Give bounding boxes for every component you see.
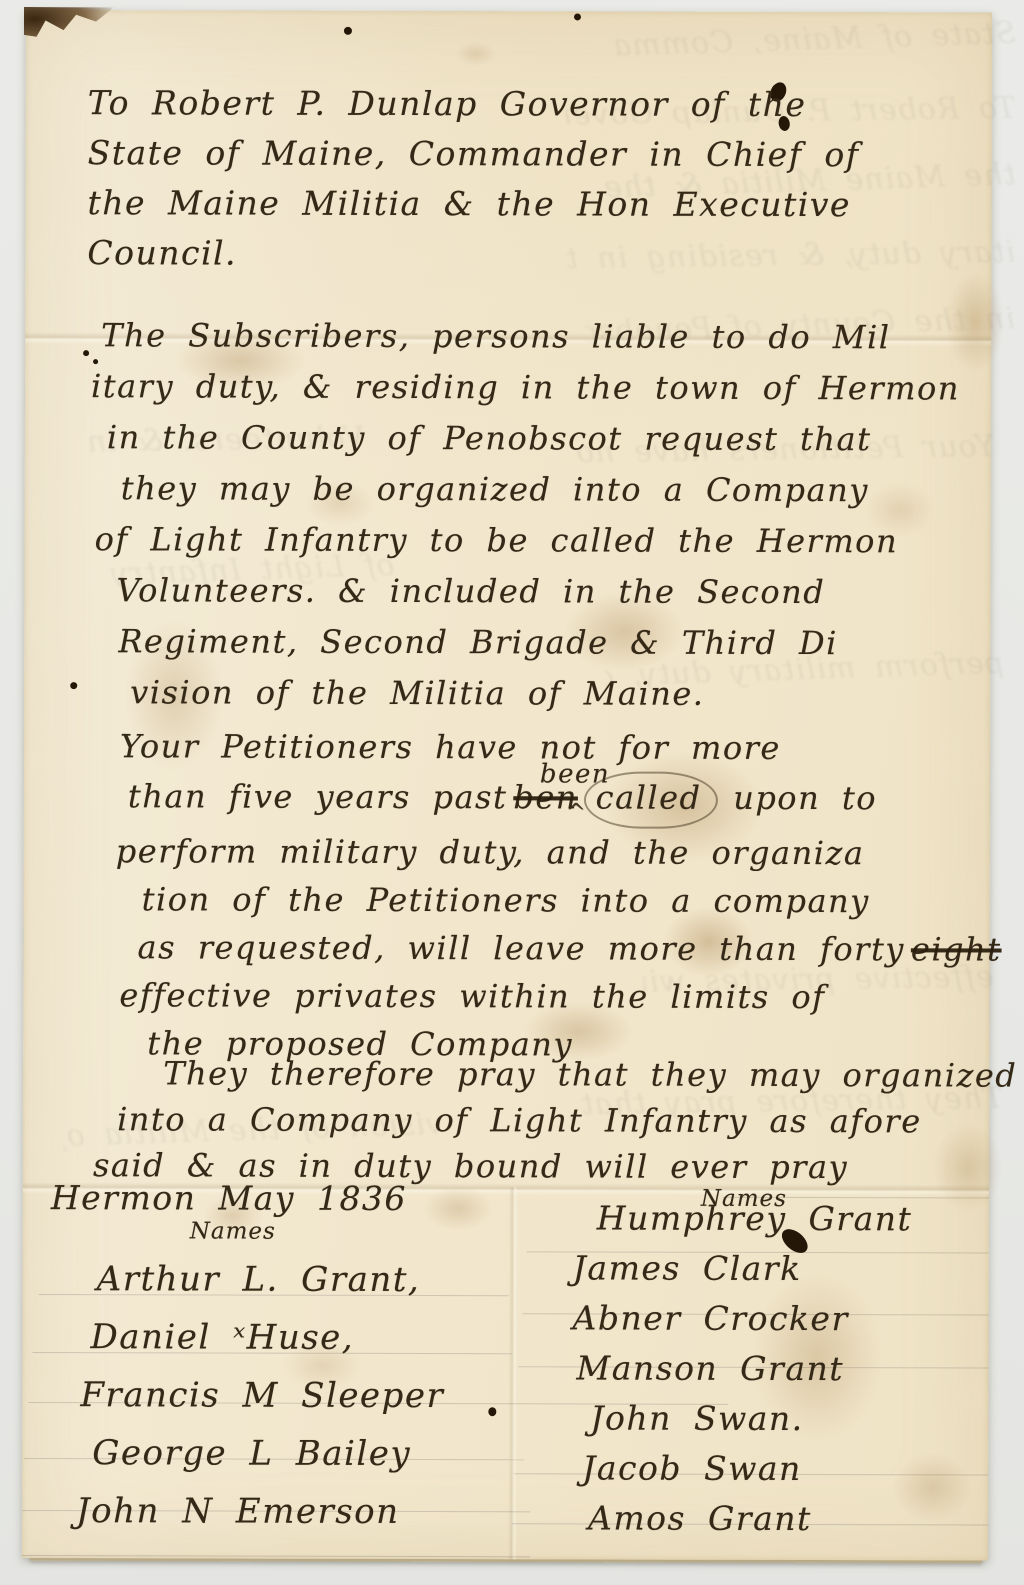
signature-name: Manson Grant (576, 1343, 912, 1394)
fold-crease-vertical (508, 1187, 518, 1559)
word-segment: as requested, will leave more than forty (137, 928, 904, 968)
word-segment: Volunteers. & included in the Second (116, 571, 825, 611)
word-segment: effective privates within the limits of (119, 976, 825, 1016)
body-line: perform military duty, and the organiza (116, 827, 1002, 877)
signature-name: James Clark (573, 1243, 913, 1294)
body-line: Volunteers. & included in the Second (116, 565, 959, 618)
signature-name: George L Bailey (92, 1424, 444, 1483)
petition-paragraph-justification: Your Petitioners have not for morethan f… (111, 722, 1002, 1069)
address-line: State of Maine, Commander in Chief of (88, 128, 860, 180)
word-segment: of Light Infantry to be called the Hermo… (95, 520, 899, 560)
body-line: The Subscribers, persons liable to do Mi… (101, 310, 960, 363)
body-line: effective privates within the limits of (119, 971, 1001, 1021)
pencil-rule (22, 1555, 530, 1557)
signature-name: Arthur L. Grant, (97, 1250, 445, 1309)
word-segment: than five years past (128, 777, 508, 816)
body-line: they may be organized into a Company (121, 463, 960, 516)
word-segment: they may be organized into a Company (121, 469, 869, 509)
ruled-pencil-lines (26, 10, 992, 13)
signature-name: Daniel ˣHuse, (90, 1308, 444, 1367)
dateline: Hermon May 1836 (51, 1178, 407, 1218)
ink-blot (83, 350, 89, 356)
ink-bleed-through-layer: State of Maine, Commander in Chief ofTo … (26, 10, 992, 13)
age-stain (456, 41, 496, 66)
word-segment: They therefore pray that they may organi… (163, 1054, 1017, 1094)
petition-paragraph-request: The Subscribers, persons liable to do Mi… (90, 310, 960, 720)
signature-name: Jacob Swan (582, 1443, 912, 1494)
address-line: Council. (87, 228, 859, 280)
body-line: They therefore pray that they may organi… (163, 1050, 1017, 1098)
address-block: To Robert P. Dunlap Governor of theState… (87, 78, 859, 280)
signature-column-left: Arthur L. Grant,Daniel ˣHuse,Francis M S… (86, 1250, 445, 1541)
word-segment: in the County of Penobscot request that (107, 418, 872, 458)
signature-name: Abner Crocker (573, 1293, 913, 1344)
struck-word: eight (911, 930, 1002, 968)
word-segment: perform military duty, and the organiza (116, 832, 865, 872)
word-segment: The Subscribers, persons liable to do Mi… (101, 316, 890, 356)
bleed-through-line: State of Maine, Commander in Chief of (615, 16, 1016, 64)
word-segment: Your Petitioners have not for more (120, 727, 781, 767)
address-line: To Robert P. Dunlap Governor of the (88, 78, 860, 130)
age-stain-layer (26, 10, 992, 13)
word-segment: vision of the Militia of Maine. (130, 673, 704, 713)
signature-column-right: Humphrey GrantJames ClarkAbner CrockerMa… (556, 1193, 912, 1544)
body-line: of Light Infantry to be called the Hermo… (95, 514, 960, 567)
petition-paragraph-prayer: They therefore pray that they may organi… (93, 1050, 1017, 1190)
signature-name: Humphrey Grant (597, 1193, 913, 1244)
body-line: vision of the Militia of Maine. (130, 667, 959, 720)
ink-blot-layer (26, 10, 992, 13)
body-line: tion of the Petitioners into a company (142, 875, 1002, 925)
caret-word: ^ (566, 788, 588, 836)
body-line: than five years pastbenbeen^called upon … (128, 770, 1002, 829)
body-line: itary duty, & residing in the town of He… (91, 361, 960, 414)
word-segment: tion of the Petitioners into a company (142, 880, 870, 920)
word-segment: Regiment, Second Brigade & Third Di (118, 622, 838, 662)
petition-document-page: State of Maine, Commander in Chief ofTo … (22, 10, 992, 1561)
signature-name: John N Emerson (76, 1482, 444, 1541)
names-column-header-left: Names (190, 1218, 276, 1244)
ink-blot (70, 682, 77, 689)
ink-blot (574, 13, 581, 20)
word-segment: into a Company of Light Infantry as afor… (117, 1100, 922, 1140)
ink-blot (344, 27, 352, 35)
ink-blot (488, 1407, 496, 1416)
scan-background: State of Maine, Commander in Chief ofTo … (0, 0, 1024, 1585)
body-line: into a Company of Light Infantry as afor… (117, 1096, 1017, 1144)
signature-name: John Swan. (590, 1393, 912, 1444)
word-segment: itary duty, & residing in the town of He… (91, 367, 960, 407)
word-segment: upon to (712, 779, 878, 817)
address-line: the Maine Militia & the Hon Executive (87, 178, 859, 230)
body-line: Regiment, Second Brigade & Third Di (118, 616, 959, 669)
signature-name: Francis M Sleeper (80, 1366, 444, 1425)
body-line: in the County of Penobscot request that (107, 412, 960, 465)
body-line: as requested, will leave more than forty… (137, 923, 1001, 973)
signature-name: Amos Grant (588, 1493, 912, 1544)
corner-ink-stain (24, 7, 114, 55)
